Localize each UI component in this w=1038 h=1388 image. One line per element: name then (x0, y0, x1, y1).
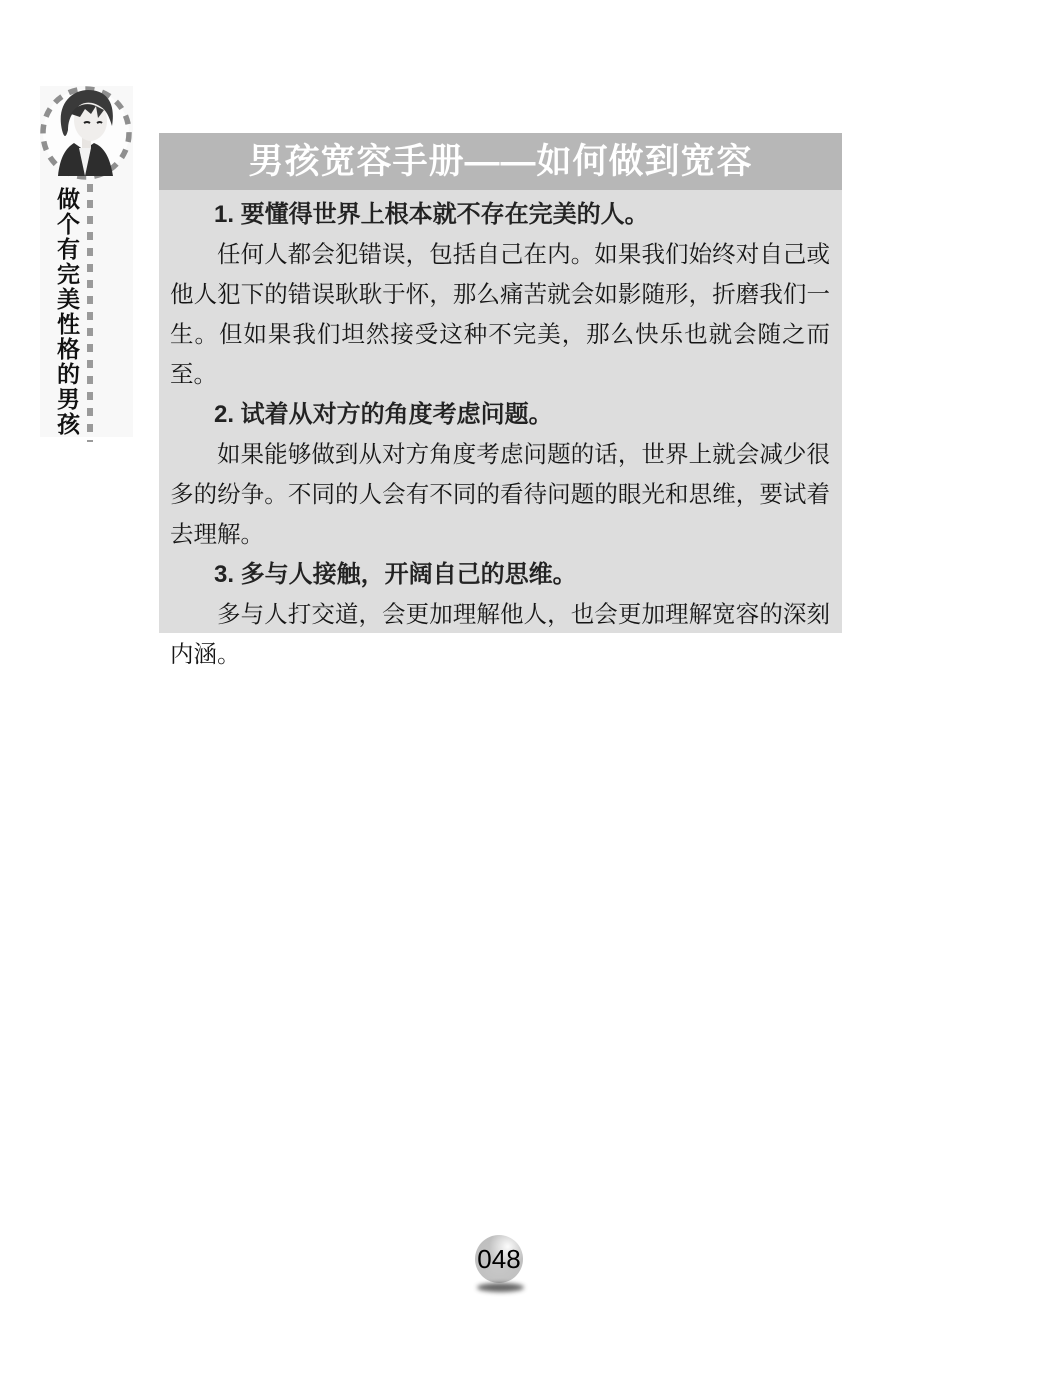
book-page: 做个有完美性格的男孩 男孩宽容手册——如何做到宽容 1. 要懂得世界上根本就不存… (0, 0, 1038, 1388)
handbook-item-1-body: 任何人都会犯错误，包括自己在内。如果我们始终对自己或他人犯下的错误耿耿于怀，那么… (170, 235, 830, 395)
boy-portrait-icon (38, 84, 134, 182)
page-number-badge: 048 (475, 1235, 523, 1283)
right-eye (97, 122, 102, 123)
handbook-item-2-heading: 2. 试着从对方的角度考虑问题。 (170, 395, 830, 435)
handbook-panel: 男孩宽容手册——如何做到宽容 1. 要懂得世界上根本就不存在完美的人。 任何人都… (159, 133, 842, 633)
left-eye (84, 122, 90, 123)
handbook-item-2-body: 如果能够做到从对方角度考虑问题的话，世界上就会减少很多的纷争。不同的人会有不同的… (170, 435, 830, 555)
vertical-dashed-divider (87, 184, 93, 442)
handbook-item-3-body: 多与人打交道，会更加理解他人，也会更加理解宽容的深刻内涵。 (170, 595, 830, 675)
page-number-shadow (477, 1283, 524, 1292)
handbook-title: 男孩宽容手册——如何做到宽容 (159, 133, 842, 190)
page-number: 048 (477, 1244, 520, 1275)
handbook-item-1-heading: 1. 要懂得世界上根本就不存在完美的人。 (170, 195, 830, 235)
boy-portrait-illustration (38, 84, 134, 182)
handbook-item-3-heading: 3. 多与人接触，开阔自己的思维。 (170, 555, 830, 595)
handbook-body: 1. 要懂得世界上根本就不存在完美的人。 任何人都会犯错误，包括自己在内。如果我… (159, 190, 842, 675)
book-series-vertical-title: 做个有完美性格的男孩 (50, 187, 83, 437)
